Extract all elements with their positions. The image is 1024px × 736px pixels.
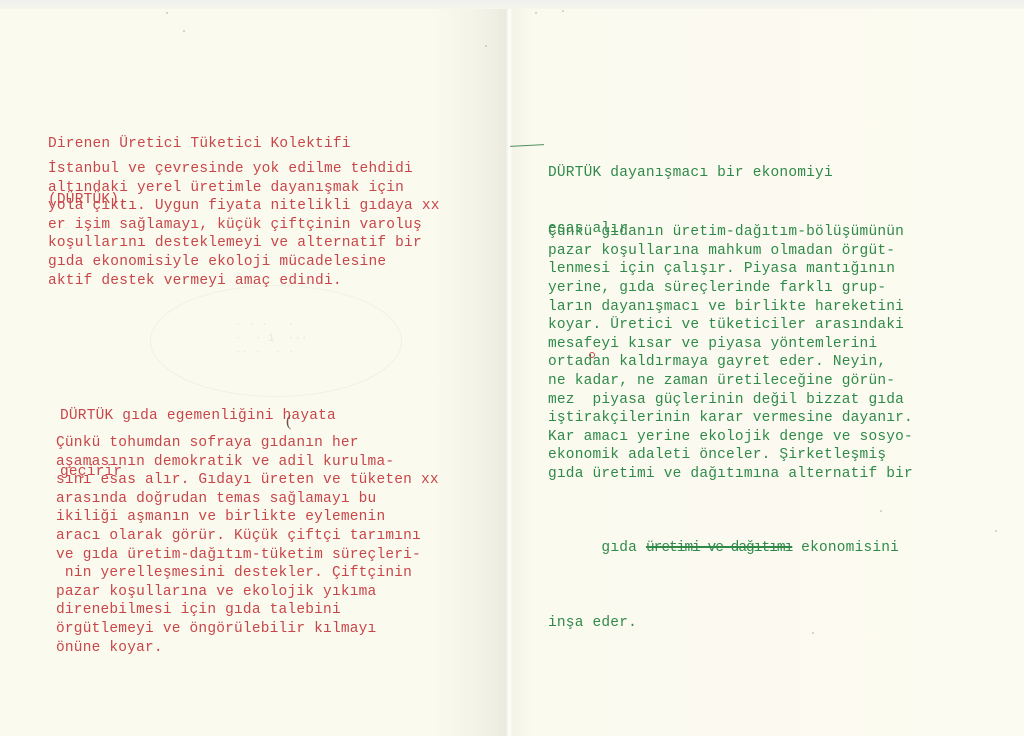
dust-speck [485, 45, 487, 47]
struck-line: gıda üretimi ve dağıtımı ekonomisini [548, 521, 913, 577]
pamphlet-spread: · · · ·· · 1 ····· · · · Direnen Üretici… [0, 0, 1024, 736]
left-body-line: arasında doğrudan temas sağlamayı bu [56, 490, 439, 509]
stamp-ghost-line: · · · · [235, 318, 308, 332]
dust-speck [562, 10, 564, 12]
dust-speck [166, 12, 168, 14]
right-body-line: Kar amacı yerine ekolojik denge ve sosyo… [548, 428, 913, 447]
right-body-line: mez piyasa güçlerinin değil bizzat gıda [548, 391, 913, 410]
intro-body-line: İstanbul ve çevresinde yok edilme tehdid… [48, 160, 440, 179]
right-body-line: Çünkü gıdanın üretim-dağıtım-bölüşümünün [548, 223, 913, 242]
stamp-show-through-text: · · · ·· · 1 ····· · · · [235, 318, 308, 360]
stamp-ghost-line: · · 1 ··· [235, 332, 308, 346]
struck-line-suffix: ekonomisini [792, 540, 899, 556]
intro-body-line: altındaki yerel üretimle dayanışmak için [48, 179, 440, 198]
right-section-body: Çünkü gıdanın üretim-dağıtım-bölüşümünün… [548, 186, 913, 669]
right-body-line: pazar koşullarına mahkum olmadan örgüt- [548, 242, 913, 261]
scanner-edge [0, 0, 1024, 9]
intro-title-line: Direnen Üretici Tüketici Kolektifi [48, 135, 351, 154]
page-gutter [505, 9, 512, 736]
dust-speck [183, 30, 185, 32]
dust-speck [995, 530, 997, 532]
right-body-line: ekonomik adaleti önceler. Şirketleşmiş [548, 446, 913, 465]
left-section-body: Çünkü tohumdan sofraya gıdanın heraşamas… [56, 434, 439, 657]
dust-speck [812, 632, 814, 634]
intro-body-line: yola çıktı. Uygun fiyata nitelikli gıday… [48, 197, 440, 216]
right-body-line: lenmesi için çalışır. Piyasa mantığının [548, 260, 913, 279]
struck-line-prefix: gıda [601, 540, 646, 556]
left-body-line: aracı olarak görür. Küçük çiftçi tarımın… [56, 527, 439, 546]
right-body-line: gıda üretimi ve dağıtımına alternatif bi… [548, 465, 913, 484]
right-body-line: koyar. Üretici ve tüketiciler arasındaki [548, 316, 913, 335]
right-body-lines: Çünkü gıdanın üretim-dağıtım-bölüşümünün… [548, 223, 913, 483]
intro-body-line: aktif destek vermeyi amaç edindi. [48, 272, 440, 291]
left-body-line: pazar koşullarına ve ekolojik yıkıma [56, 583, 439, 602]
red-ink-dot [589, 352, 595, 358]
left-body-line: örgütlemeyi ve öngörülebilir kılmayı [56, 620, 439, 639]
stray-paren-mark: ( [286, 413, 291, 431]
left-body-line: Çünkü tohumdan sofraya gıdanın her [56, 434, 439, 453]
left-body-line: nin yerelleşmesini destekler. Çiftçinin [56, 564, 439, 583]
stamp-ghost-line: ·· · · · [235, 346, 308, 360]
right-body-line: yerine, gıda süreçlerinde farklı grup- [548, 279, 913, 298]
left-body-line: sını esas alır. Gıdayı üreten ve tüketen… [56, 471, 439, 490]
intro-body-line: er işim sağlamayı, küçük çiftçinin varol… [48, 216, 440, 235]
dust-speck [535, 12, 537, 14]
right-body-line: iştirakçilerinin karar vermesine dayanır… [548, 409, 913, 428]
left-body-line: ve gıda üretim-dağıtım-tüketim süreçleri… [56, 546, 439, 565]
right-body-line: mesafeyi kısar ve piyasa yöntemlerini [548, 335, 913, 354]
intro-body: İstanbul ve çevresinde yok edilme tehdid… [48, 160, 440, 290]
right-body-line: ne kadar, ne zaman üretileceğine görün- [548, 372, 913, 391]
right-body-line: ortadan kaldırmaya gayret eder. Neyin, [548, 353, 913, 372]
struck-out-text: üretimi ve dağıtımı [646, 540, 792, 556]
intro-body-line: koşullarını desteklemeyi ve alternatif b… [48, 234, 440, 253]
left-body-line: direnebilmesi için gıda talebini [56, 601, 439, 620]
left-body-line: önüne koyar. [56, 639, 439, 658]
dust-speck [880, 510, 882, 512]
final-line: inşa eder. [548, 614, 913, 633]
heading-line: DÜRTÜK dayanışmacı bir ekonomiyi [548, 164, 833, 183]
right-body-line: ların dayanışmacı ve birlikte hareketini [548, 298, 913, 317]
intro-body-line: gıda ekonomisiyle ekoloji mücadelesine [48, 253, 440, 272]
left-body-line: ikiliği aşmanın ve birlikte eylemenin [56, 508, 439, 527]
left-body-line: aşamasının demokratik ve adil kurulma- [56, 453, 439, 472]
heading-line: DÜRTÜK gıda egemenliğini hayata [60, 407, 336, 426]
